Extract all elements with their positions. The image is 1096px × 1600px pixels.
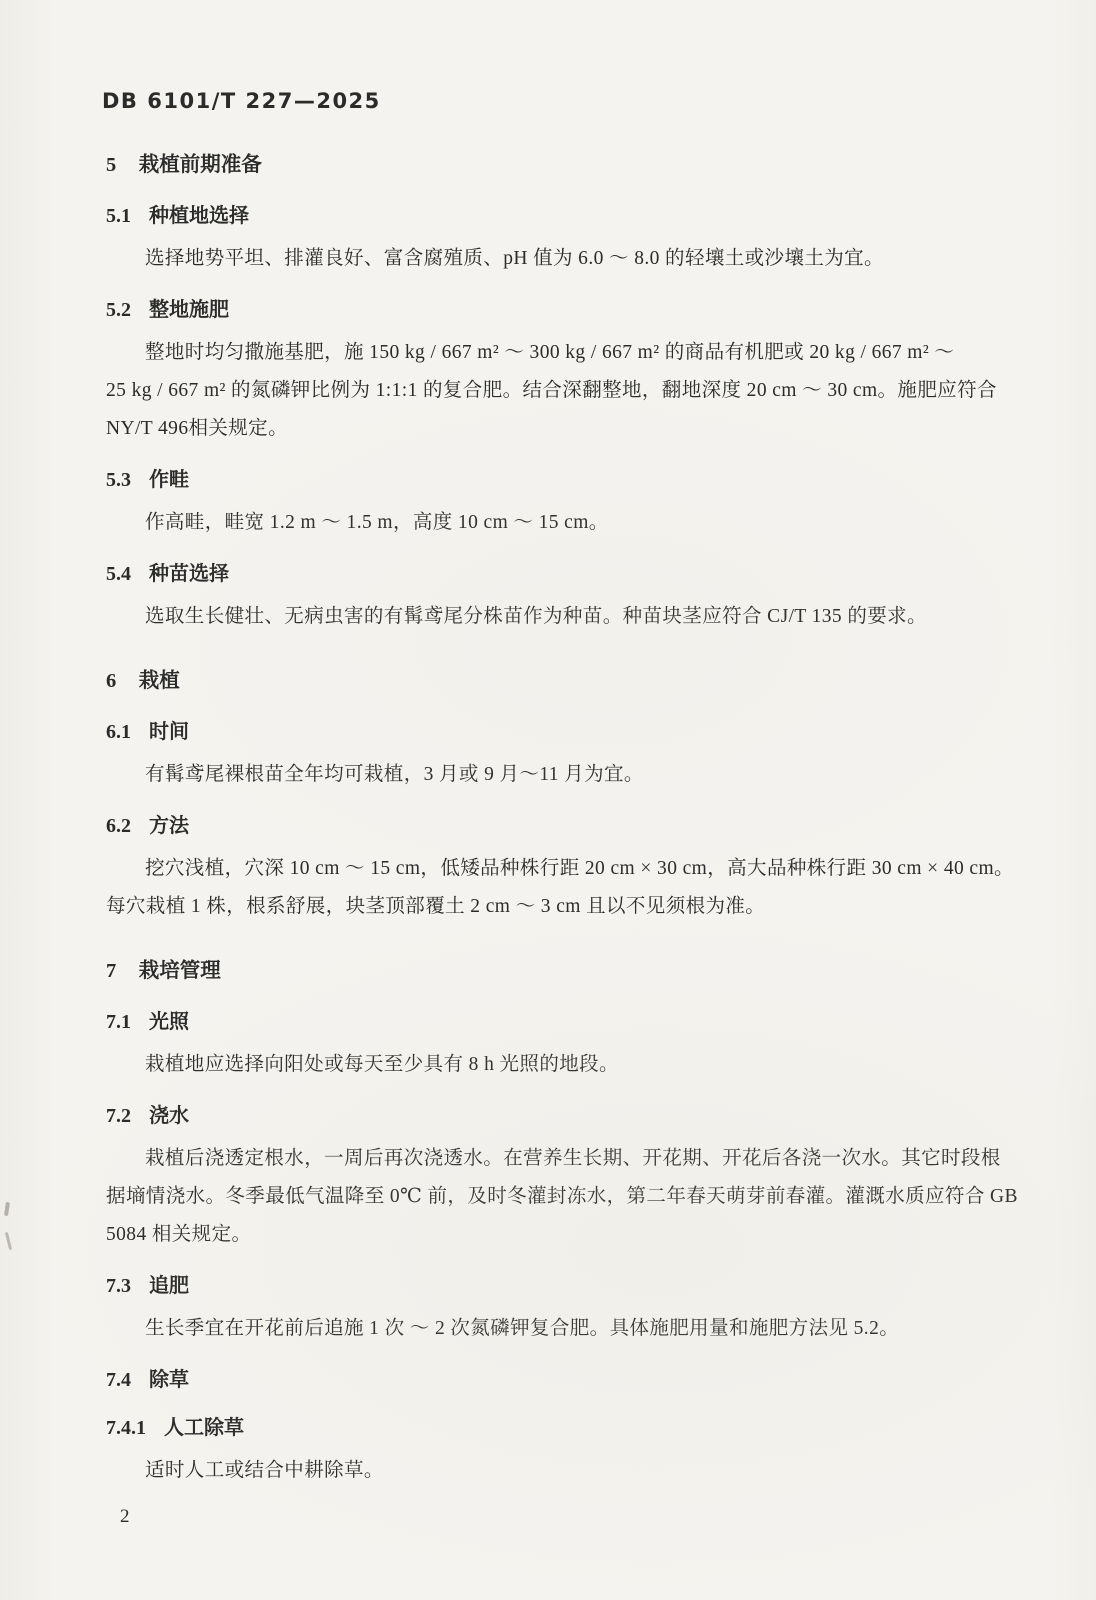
heading-number: 5.1	[106, 205, 131, 227]
heading-number: 7.3	[106, 1275, 131, 1297]
paragraph: 作高畦，畦宽 1.2 m ～ 1.5 m，高度 10 cm ～ 15 cm。	[106, 504, 1042, 542]
heading-title: 追肥	[149, 1275, 189, 1297]
paragraph-line: 有髯鸢尾裸根苗全年均可栽植，3 月或 9 月～11 月为宜。	[106, 756, 1042, 794]
paragraph: 适时人工或结合中耕除草。	[106, 1452, 1042, 1490]
chapter-heading: 5栽植前期准备	[106, 146, 1042, 184]
heading-title: 人工除草	[164, 1417, 244, 1439]
section-heading: 5.3作畦	[106, 461, 1042, 499]
heading-number: 6	[106, 670, 116, 692]
heading-title: 除草	[149, 1369, 189, 1391]
section-heading: 7.3追肥	[106, 1267, 1042, 1305]
heading-number: 7.1	[106, 1011, 131, 1033]
heading-number: 5.2	[106, 299, 131, 321]
heading-title: 种植地选择	[149, 205, 249, 227]
paragraph-line: 挖穴浅植，穴深 10 cm ～ 15 cm，低矮品种株行距 20 cm × 30…	[106, 850, 1042, 888]
paragraph: 栽植地应选择向阳处或每天至少具有 8 h 光照的地段。	[106, 1046, 1042, 1084]
heading-number: 5.3	[106, 469, 131, 491]
heading-number: 6.1	[106, 721, 131, 743]
section-heading: 5.4种苗选择	[106, 555, 1042, 593]
paragraph-line: 整地时均匀撒施基肥，施 150 kg / 667 m² ～ 300 kg / 6…	[106, 334, 1042, 372]
paragraph-line: 栽植后浇透定根水，一周后再次浇透水。在营养生长期、开花期、开花后各浇一次水。其它…	[106, 1140, 1042, 1178]
paragraph: 有髯鸢尾裸根苗全年均可栽植，3 月或 9 月～11 月为宜。	[106, 756, 1042, 794]
paragraph-line: 适时人工或结合中耕除草。	[106, 1452, 1042, 1490]
section-heading: 6.1时间	[106, 713, 1042, 751]
paragraph-line: 每穴栽植 1 株，根系舒展，块茎顶部覆土 2 cm ～ 3 cm 且以不见须根为…	[106, 888, 1042, 926]
heading-title: 时间	[149, 721, 189, 743]
heading-title: 浇水	[149, 1105, 189, 1127]
section-heading: 7.2浇水	[106, 1097, 1042, 1135]
heading-number: 6.2	[106, 815, 131, 837]
heading-title: 栽植	[139, 670, 180, 692]
heading-title: 整地施肥	[149, 299, 229, 321]
heading-number: 7.4	[106, 1369, 131, 1391]
paragraph: 生长季宜在开花前后追施 1 次 ～ 2 次氮磷钾复合肥。具体施肥用量和施肥方法见…	[106, 1310, 1042, 1348]
document-page: DB 6101/T 227—2025 5栽植前期准备5.1种植地选择选择地势平坦…	[0, 0, 1096, 1600]
section-heading: 7.4除草	[106, 1361, 1042, 1399]
subsection-heading: 7.4.1人工除草	[106, 1409, 1042, 1447]
heading-title: 作畦	[149, 469, 189, 491]
paragraph: 栽植后浇透定根水，一周后再次浇透水。在营养生长期、开花期、开花后各浇一次水。其它…	[106, 1140, 1042, 1254]
paragraph: 选择地势平坦、排灌良好、富含腐殖质、pH 值为 6.0 ～ 8.0 的轻壤土或沙…	[106, 240, 1042, 278]
heading-title: 栽培管理	[139, 960, 221, 982]
paragraph-line: 25 kg / 667 m² 的氮磷钾比例为 1:1:1 的复合肥。结合深翻整地…	[106, 372, 1042, 410]
heading-number: 5	[106, 154, 116, 176]
section-heading: 5.2整地施肥	[106, 291, 1042, 329]
paragraph-line: 选取生长健壮、无病虫害的有髯鸢尾分株苗作为种苗。种苗块茎应符合 CJ/T 135…	[106, 598, 1042, 636]
heading-number: 7	[106, 960, 116, 982]
heading-title: 栽植前期准备	[139, 154, 262, 176]
scan-artifact	[4, 1202, 10, 1216]
paragraph-line: 5084 相关规定。	[106, 1216, 1042, 1254]
heading-number: 7.2	[106, 1105, 131, 1127]
paragraph-line: 作高畦，畦宽 1.2 m ～ 1.5 m，高度 10 cm ～ 15 cm。	[106, 504, 1042, 542]
paragraph-line: 栽植地应选择向阳处或每天至少具有 8 h 光照的地段。	[106, 1046, 1042, 1084]
heading-title: 种苗选择	[149, 563, 229, 585]
chapter-heading: 6栽植	[106, 662, 1042, 700]
heading-number: 5.4	[106, 563, 131, 585]
scan-artifact	[5, 1232, 12, 1250]
chapter-heading: 7栽培管理	[106, 952, 1042, 990]
paragraph-line: 据墒情浇水。冬季最低气温降至 0℃ 前，及时冬灌封冻水，第二年春天萌芽前春灌。灌…	[106, 1178, 1042, 1216]
paragraph: 挖穴浅植，穴深 10 cm ～ 15 cm，低矮品种株行距 20 cm × 30…	[106, 850, 1042, 926]
document-number: DB 6101/T 227—2025	[102, 82, 1042, 120]
heading-number: 7.4.1	[106, 1417, 146, 1439]
section-heading: 6.2方法	[106, 807, 1042, 845]
paragraph-line: NY/T 496相关规定。	[106, 410, 1042, 448]
paragraph: 整地时均匀撒施基肥，施 150 kg / 667 m² ～ 300 kg / 6…	[106, 334, 1042, 448]
section-heading: 7.1光照	[106, 1003, 1042, 1041]
heading-title: 光照	[149, 1011, 189, 1033]
paragraph-line: 生长季宜在开花前后追施 1 次 ～ 2 次氮磷钾复合肥。具体施肥用量和施肥方法见…	[106, 1310, 1042, 1348]
page-number: 2	[120, 1498, 1042, 1536]
section-heading: 5.1种植地选择	[106, 197, 1042, 235]
heading-title: 方法	[149, 815, 189, 837]
paragraph-line: 选择地势平坦、排灌良好、富含腐殖质、pH 值为 6.0 ～ 8.0 的轻壤土或沙…	[106, 240, 1042, 278]
document-body: 5栽植前期准备5.1种植地选择选择地势平坦、排灌良好、富含腐殖质、pH 值为 6…	[106, 146, 1042, 1490]
paragraph: 选取生长健壮、无病虫害的有髯鸢尾分株苗作为种苗。种苗块茎应符合 CJ/T 135…	[106, 598, 1042, 636]
